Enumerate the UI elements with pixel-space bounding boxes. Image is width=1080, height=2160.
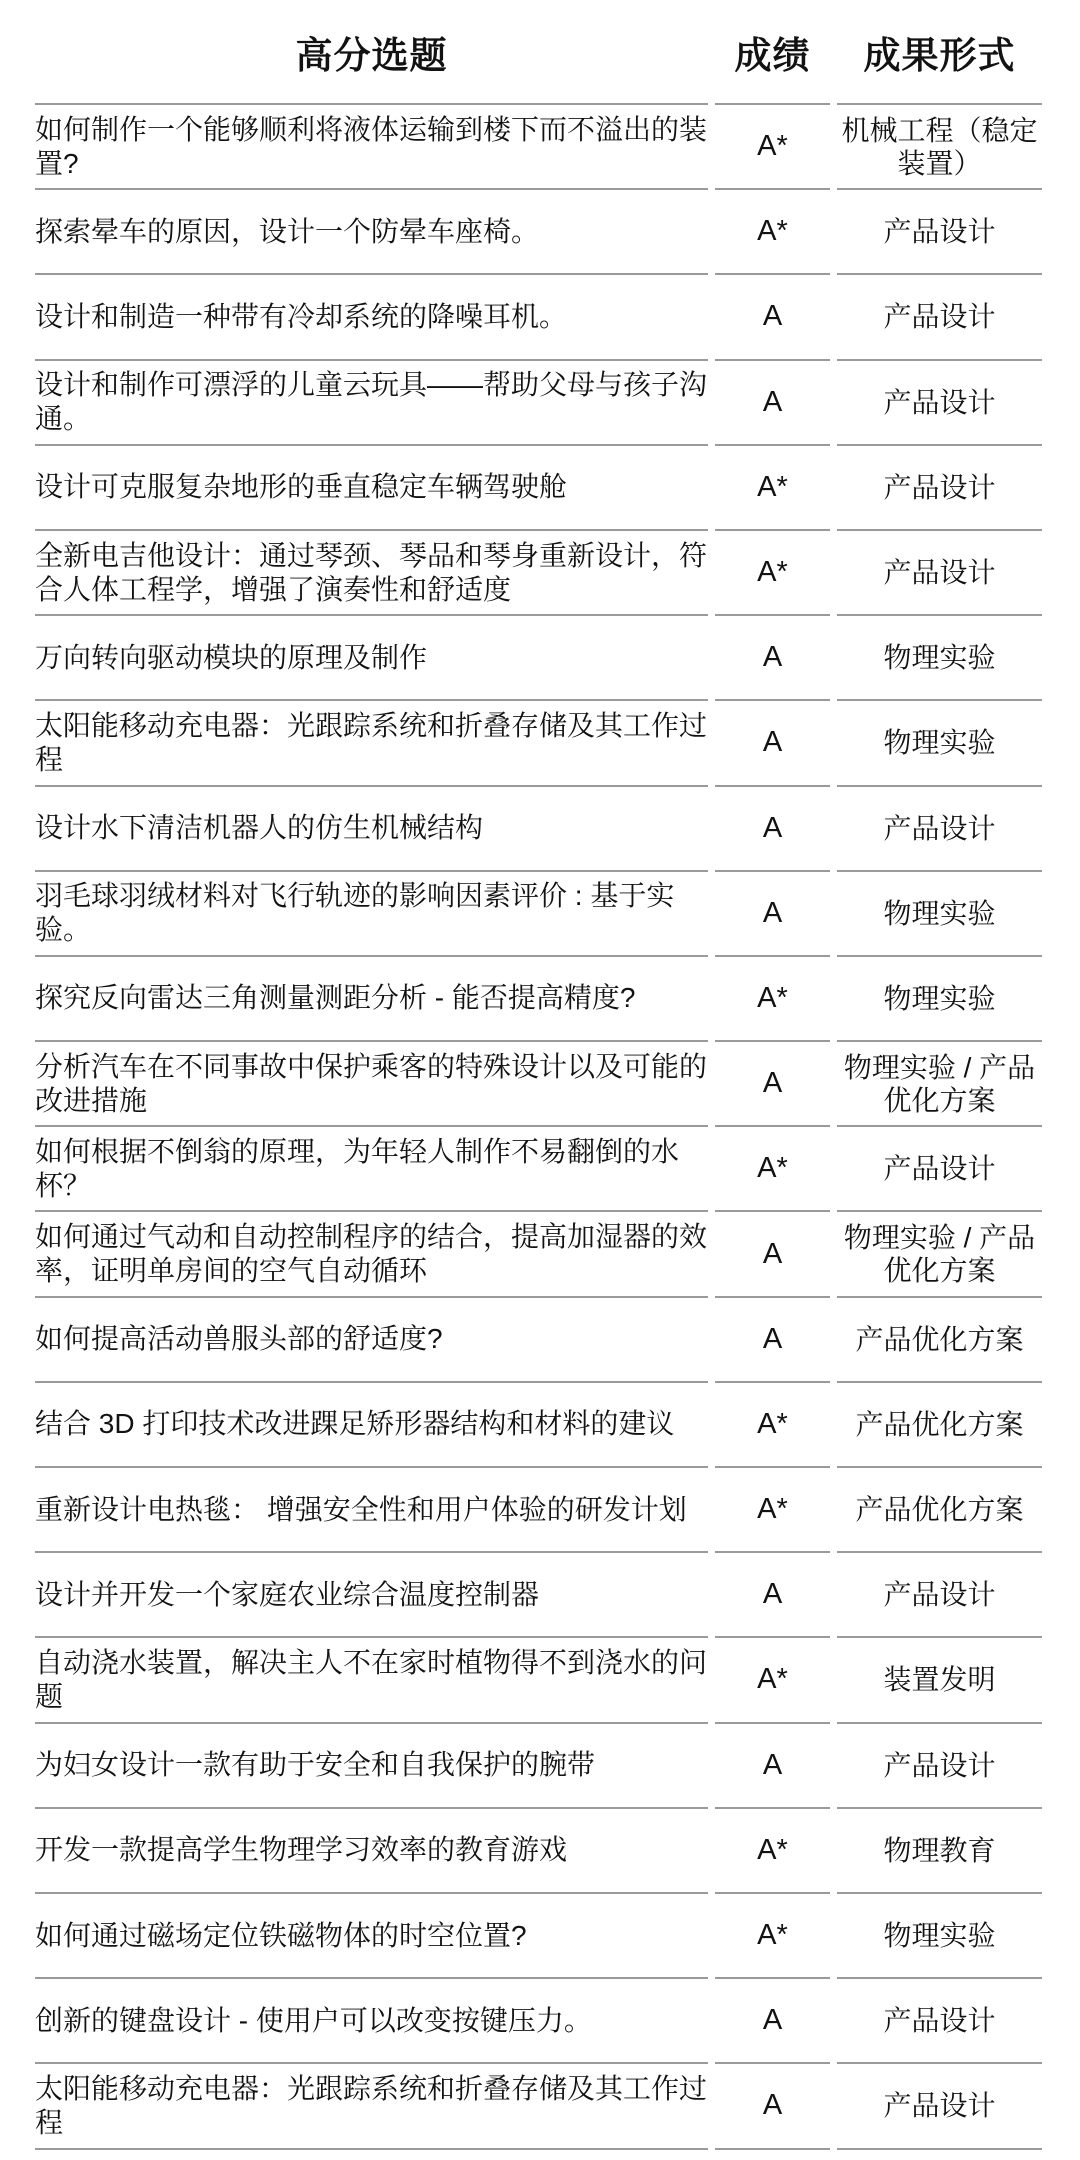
grade-cell: A xyxy=(715,1553,830,1638)
table-row: 羽毛球羽绒材料对飞行轨迹的影响因素评价 : 基于实验。 A 物理实验 xyxy=(0,872,1080,957)
grade-cell: A xyxy=(715,1298,830,1383)
topic-cell: 探究反向雷达三角测量测距分析 - 能否提高精度? xyxy=(35,957,708,1042)
format-cell: 物理实验 / 产品优化方案 xyxy=(837,1212,1042,1297)
table-row: 自动浇水装置，解决主人不在家时植物得不到浇水的问题 A* 装置发明 xyxy=(0,1638,1080,1723)
topic-cell: 如何提高活动兽服头部的舒适度? xyxy=(35,1298,708,1383)
topic-cell: 太阳能移动充电器：光跟踪系统和折叠存储及其工作过程 xyxy=(35,701,708,786)
high-score-topics-table: 高分选题 成绩 成果形式 如何制作一个能够顺利将液体运输到楼下而不溢出的装置? … xyxy=(0,0,1080,2150)
format-cell: 物理实验 xyxy=(837,957,1042,1042)
topic-cell: 如何通过气动和自动控制程序的结合，提高加湿器的效率，证明单房间的空气自动循环 xyxy=(35,1212,708,1297)
format-cell: 产品设计 xyxy=(837,1724,1042,1809)
grade-cell: A xyxy=(715,1212,830,1297)
format-cell: 物理教育 xyxy=(837,1809,1042,1894)
topic-cell: 设计和制造一种带有冷却系统的降噪耳机。 xyxy=(35,275,708,360)
table-row: 如何通过气动和自动控制程序的结合，提高加湿器的效率，证明单房间的空气自动循环 A… xyxy=(0,1212,1080,1297)
table-row: 全新电吉他设计：通过琴颈、琴品和琴身重新设计，符合人体工程学，增强了演奏性和舒适… xyxy=(0,531,1080,616)
grade-cell: A xyxy=(715,787,830,872)
format-cell: 物理实验 xyxy=(837,1894,1042,1979)
grade-cell: A xyxy=(715,616,830,701)
format-cell: 物理实验 xyxy=(837,616,1042,701)
header-format: 成果形式 xyxy=(837,0,1042,105)
topic-cell: 设计和制作可漂浮的儿童云玩具——帮助父母与孩子沟通。 xyxy=(35,361,708,446)
grade-cell: A* xyxy=(715,190,830,275)
format-cell: 物理实验 xyxy=(837,701,1042,786)
topic-cell: 分析汽车在不同事故中保护乘客的特殊设计以及可能的改进措施 xyxy=(35,1042,708,1127)
topic-cell: 设计并开发一个家庭农业综合温度控制器 xyxy=(35,1553,708,1638)
table-row: 为妇女设计一款有助于安全和自我保护的腕带 A 产品设计 xyxy=(0,1724,1080,1809)
format-cell: 产品设计 xyxy=(837,446,1042,531)
table-row: 探究反向雷达三角测量测距分析 - 能否提高精度? A* 物理实验 xyxy=(0,957,1080,1042)
topic-cell: 重新设计电热毯： 增强安全性和用户体验的研发计划 xyxy=(35,1468,708,1553)
grade-cell: A* xyxy=(715,1894,830,1979)
format-cell: 产品设计 xyxy=(837,2064,1042,2149)
table-row: 设计可克服复杂地形的垂直稳定车辆驾驶舱 A* 产品设计 xyxy=(0,446,1080,531)
format-cell: 产品优化方案 xyxy=(837,1298,1042,1383)
table-row: 如何通过磁场定位铁磁物体的时空位置? A* 物理实验 xyxy=(0,1894,1080,1979)
header-topic: 高分选题 xyxy=(35,0,708,105)
format-cell: 产品设计 xyxy=(837,531,1042,616)
grade-cell: A* xyxy=(715,1638,830,1723)
table-row: 创新的键盘设计 - 使用户可以改变按键压力。 A 产品设计 xyxy=(0,1979,1080,2064)
header-topic-label: 高分选题 xyxy=(296,25,448,79)
table-row: 设计水下清洁机器人的仿生机械结构 A 产品设计 xyxy=(0,787,1080,872)
format-cell: 产品优化方案 xyxy=(837,1468,1042,1553)
table-row: 设计和制作可漂浮的儿童云玩具——帮助父母与孩子沟通。 A 产品设计 xyxy=(0,361,1080,446)
topic-cell: 全新电吉他设计：通过琴颈、琴品和琴身重新设计，符合人体工程学，增强了演奏性和舒适… xyxy=(35,531,708,616)
topic-cell: 探索晕车的原因，设计一个防晕车座椅。 xyxy=(35,190,708,275)
topic-cell: 设计可克服复杂地形的垂直稳定车辆驾驶舱 xyxy=(35,446,708,531)
grade-cell: A xyxy=(715,1979,830,2064)
format-cell: 装置发明 xyxy=(837,1638,1042,1723)
table-row: 如何制作一个能够顺利将液体运输到楼下而不溢出的装置? A* 机械工程（稳定装置） xyxy=(0,105,1080,190)
topic-cell: 设计水下清洁机器人的仿生机械结构 xyxy=(35,787,708,872)
topic-cell: 如何通过磁场定位铁磁物体的时空位置? xyxy=(35,1894,708,1979)
table-header-row: 高分选题 成绩 成果形式 xyxy=(0,0,1080,105)
table-row: 探索晕车的原因，设计一个防晕车座椅。 A* 产品设计 xyxy=(0,190,1080,275)
table-row: 开发一款提高学生物理学习效率的教育游戏 A* 物理教育 xyxy=(0,1809,1080,1894)
format-cell: 产品设计 xyxy=(837,787,1042,872)
header-format-label: 成果形式 xyxy=(864,25,1016,79)
grade-cell: A* xyxy=(715,531,830,616)
grade-cell: A xyxy=(715,1042,830,1127)
table-row: 分析汽车在不同事故中保护乘客的特殊设计以及可能的改进措施 A 物理实验 / 产品… xyxy=(0,1042,1080,1127)
table-row: 如何根据不倒翁的原理，为年轻人制作不易翻倒的水杯？ A* 产品设计 xyxy=(0,1127,1080,1212)
topic-cell: 如何根据不倒翁的原理，为年轻人制作不易翻倒的水杯？ xyxy=(35,1127,708,1212)
topic-cell: 结合 3D 打印技术改进踝足矫形器结构和材料的建议 xyxy=(35,1383,708,1468)
topic-cell: 开发一款提高学生物理学习效率的教育游戏 xyxy=(35,1809,708,1894)
topic-cell: 自动浇水装置，解决主人不在家时植物得不到浇水的问题 xyxy=(35,1638,708,1723)
grade-cell: A xyxy=(715,701,830,786)
format-cell: 产品设计 xyxy=(837,1979,1042,2064)
header-grade: 成绩 xyxy=(715,0,830,105)
grade-cell: A xyxy=(715,872,830,957)
table-row: 太阳能移动充电器：光跟踪系统和折叠存储及其工作过程 A 产品设计 xyxy=(0,2064,1080,2149)
format-cell: 机械工程（稳定装置） xyxy=(837,105,1042,190)
table-row: 设计和制造一种带有冷却系统的降噪耳机。 A 产品设计 xyxy=(0,275,1080,360)
topic-cell: 创新的键盘设计 - 使用户可以改变按键压力。 xyxy=(35,1979,708,2064)
table-row: 万向转向驱动模块的原理及制作 A 物理实验 xyxy=(0,616,1080,701)
grade-cell: A* xyxy=(715,957,830,1042)
table-body: 如何制作一个能够顺利将液体运输到楼下而不溢出的装置? A* 机械工程（稳定装置）… xyxy=(0,105,1080,2150)
grade-cell: A* xyxy=(715,446,830,531)
topic-cell: 如何制作一个能够顺利将液体运输到楼下而不溢出的装置? xyxy=(35,105,708,190)
topic-cell: 太阳能移动充电器：光跟踪系统和折叠存储及其工作过程 xyxy=(35,2064,708,2149)
grade-cell: A xyxy=(715,361,830,446)
format-cell: 产品设计 xyxy=(837,361,1042,446)
table-row: 重新设计电热毯： 增强安全性和用户体验的研发计划 A* 产品优化方案 xyxy=(0,1468,1080,1553)
format-cell: 物理实验 xyxy=(837,872,1042,957)
table-row: 太阳能移动充电器：光跟踪系统和折叠存储及其工作过程 A 物理实验 xyxy=(0,701,1080,786)
grade-cell: A* xyxy=(715,1383,830,1468)
table-row: 结合 3D 打印技术改进踝足矫形器结构和材料的建议 A* 产品优化方案 xyxy=(0,1383,1080,1468)
grade-cell: A* xyxy=(715,1127,830,1212)
grade-cell: A* xyxy=(715,105,830,190)
format-cell: 产品设计 xyxy=(837,275,1042,360)
header-grade-label: 成绩 xyxy=(735,25,811,79)
format-cell: 产品设计 xyxy=(837,190,1042,275)
topic-cell: 为妇女设计一款有助于安全和自我保护的腕带 xyxy=(35,1724,708,1809)
table-row: 设计并开发一个家庭农业综合温度控制器 A 产品设计 xyxy=(0,1553,1080,1638)
grade-cell: A* xyxy=(715,1468,830,1553)
topic-cell: 羽毛球羽绒材料对飞行轨迹的影响因素评价 : 基于实验。 xyxy=(35,872,708,957)
grade-cell: A* xyxy=(715,1809,830,1894)
format-cell: 产品优化方案 xyxy=(837,1383,1042,1468)
grade-cell: A xyxy=(715,275,830,360)
format-cell: 产品设计 xyxy=(837,1127,1042,1212)
format-cell: 产品设计 xyxy=(837,1553,1042,1638)
table-row: 如何提高活动兽服头部的舒适度? A 产品优化方案 xyxy=(0,1298,1080,1383)
grade-cell: A xyxy=(715,1724,830,1809)
topic-cell: 万向转向驱动模块的原理及制作 xyxy=(35,616,708,701)
format-cell: 物理实验 / 产品优化方案 xyxy=(837,1042,1042,1127)
grade-cell: A xyxy=(715,2064,830,2149)
